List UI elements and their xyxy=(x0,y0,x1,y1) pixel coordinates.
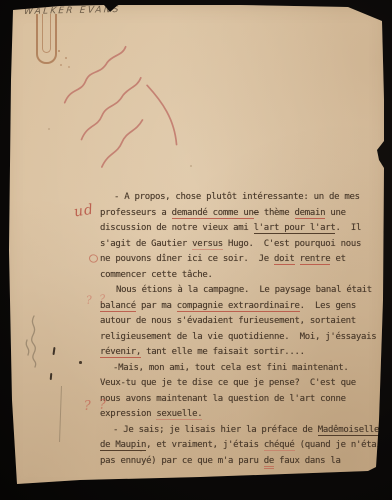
typescript-segment: tant elle me faisait sortir.... xyxy=(141,347,305,357)
paperclip-rust-mark-inner-icon xyxy=(42,14,51,53)
typescript-segment: professeurs a xyxy=(100,208,172,218)
typescript-segment: Madêmoiselle xyxy=(318,425,379,436)
typescript-segment: - Je sais; je lisais hier la préface de xyxy=(113,425,318,435)
typescript-segment: doit xyxy=(274,254,294,265)
typescript-line: ne pouvons dîner ici ce soir. Je doit re… xyxy=(100,252,385,268)
typescript-segment: -Mais, mon ami, tout cela est fini maint… xyxy=(113,363,348,373)
typescript-segment: autour de nous s'évadaient furieusement,… xyxy=(100,316,356,326)
typescript-segment: . Il xyxy=(335,223,361,233)
typescript-segment: faux dans la xyxy=(274,456,341,466)
paper-sheet: WALKER EVANS - A propos, chose plutôt in… xyxy=(0,0,392,500)
red-question-marks-upper: ? ? xyxy=(85,292,107,307)
typescript-segment: Hugo. C'est pourquoi nous xyxy=(223,239,361,249)
typescript-segment: chéqué xyxy=(264,440,295,451)
typescript-line: expression sexuelle. xyxy=(100,407,385,423)
ink-dash-mark xyxy=(52,347,55,355)
typescript-segment: de Maupin xyxy=(100,440,146,451)
typescript-line: - A propos, chose plutôt intéressante: u… xyxy=(100,190,385,206)
typescript-segment: révenir, xyxy=(100,347,141,358)
typescript-line: nous avons maintenant la question de l'a… xyxy=(100,392,385,408)
typescript-segment: et xyxy=(330,254,345,264)
typescript-line: Nous étions à la campagne. Le paysage ba… xyxy=(100,283,385,299)
ink-dot-mark xyxy=(79,361,82,364)
typescript-line: pas ennuyé) par ce que m'a paru de faux … xyxy=(100,454,385,470)
illegible-red-pencil-inscription xyxy=(36,9,228,188)
typescript-segment: discussion de notre vieux ami xyxy=(100,223,254,233)
typescript-segment: Veux-tu que je te dise ce que je pense? … xyxy=(100,378,356,388)
typescript-segment: par ma xyxy=(136,301,177,311)
typescript-segment: demandé comme un xyxy=(172,208,254,219)
typescript-segment: rentre xyxy=(300,254,331,265)
typescript-segment: commencer cette tâche. xyxy=(100,270,213,280)
typescript-segment: , et vraiment, j'étais xyxy=(146,440,264,450)
typescript-segment: religieusement de la vie quotidienne. Mo… xyxy=(100,332,376,342)
typescript-segment: thème xyxy=(259,208,295,218)
typescript-segment: s'agit de Gautier xyxy=(100,239,192,249)
red-circle-mark xyxy=(88,253,99,263)
typescript-segment: de xyxy=(264,456,274,469)
typescript-line: religieusement de la vie quotidienne. Mo… xyxy=(100,330,385,346)
typescript-segment: nous avons maintenant la question de l'a… xyxy=(100,394,346,404)
typescript-segment: Nous étions à la campagne. Le paysage ba… xyxy=(116,285,372,295)
typescript-segment: - A propos, chose plutôt intéressante: u… xyxy=(114,192,360,202)
ink-dash-mark xyxy=(50,373,52,380)
typescript-segment: sexuelle. xyxy=(156,409,202,420)
red-pencil-scrawl: ud xyxy=(73,202,95,221)
typescript-segment: (quand je n'étais xyxy=(295,440,387,450)
photograph-of-typescript-page: WALKER EVANS - A propos, chose plutôt in… xyxy=(0,0,392,500)
typescript-segment: ne pouvons dîner ici ce soir. Je xyxy=(100,254,274,264)
paper-blemishes xyxy=(190,165,192,167)
red-question-marks-lower: ? ? xyxy=(84,397,109,414)
typescript-line: balancé par ma compagnie extraordinaire.… xyxy=(100,299,385,315)
typescript-line: - Je sais; je lisais hier la préface de … xyxy=(100,423,385,439)
typescript-line: discussion de notre vieux ami l'art pour… xyxy=(100,221,385,237)
typescript-line: professeurs a demandé comme une thème de… xyxy=(100,206,385,222)
typescript-line: commencer cette tâche. xyxy=(100,268,385,284)
typescript-segment: l'art pour l'art xyxy=(254,223,336,234)
typescript-line: -Mais, mon ami, tout cela est fini maint… xyxy=(100,361,385,377)
typescript-segment: versus xyxy=(192,239,223,250)
typescript-line: révenir, tant elle me faisait sortir.... xyxy=(100,345,385,361)
typescript: - A propos, chose plutôt intéressante: u… xyxy=(100,190,385,469)
typescript-segment xyxy=(295,254,300,264)
typescript-line: s'agit de Gautier versus Hugo. C'est pou… xyxy=(100,237,385,253)
typescript-segment: pas ennuyé) par ce que m'a paru xyxy=(100,456,264,466)
pencil-scribble xyxy=(20,310,54,372)
typescript-line: Veux-tu que je te dise ce que je pense? … xyxy=(100,376,385,392)
typescript-line: autour de nous s'évadaient furieusement,… xyxy=(100,314,385,330)
typescript-line: de Maupin, et vraiment, j'étais chéqué (… xyxy=(100,438,385,454)
typescript-segment: une xyxy=(325,208,345,218)
typescript-segment: demain xyxy=(295,208,326,219)
pencil-stroke xyxy=(59,386,62,442)
typescript-segment: compagnie extraordinaire xyxy=(177,301,300,312)
typescript-segment: . Les gens xyxy=(300,301,356,311)
